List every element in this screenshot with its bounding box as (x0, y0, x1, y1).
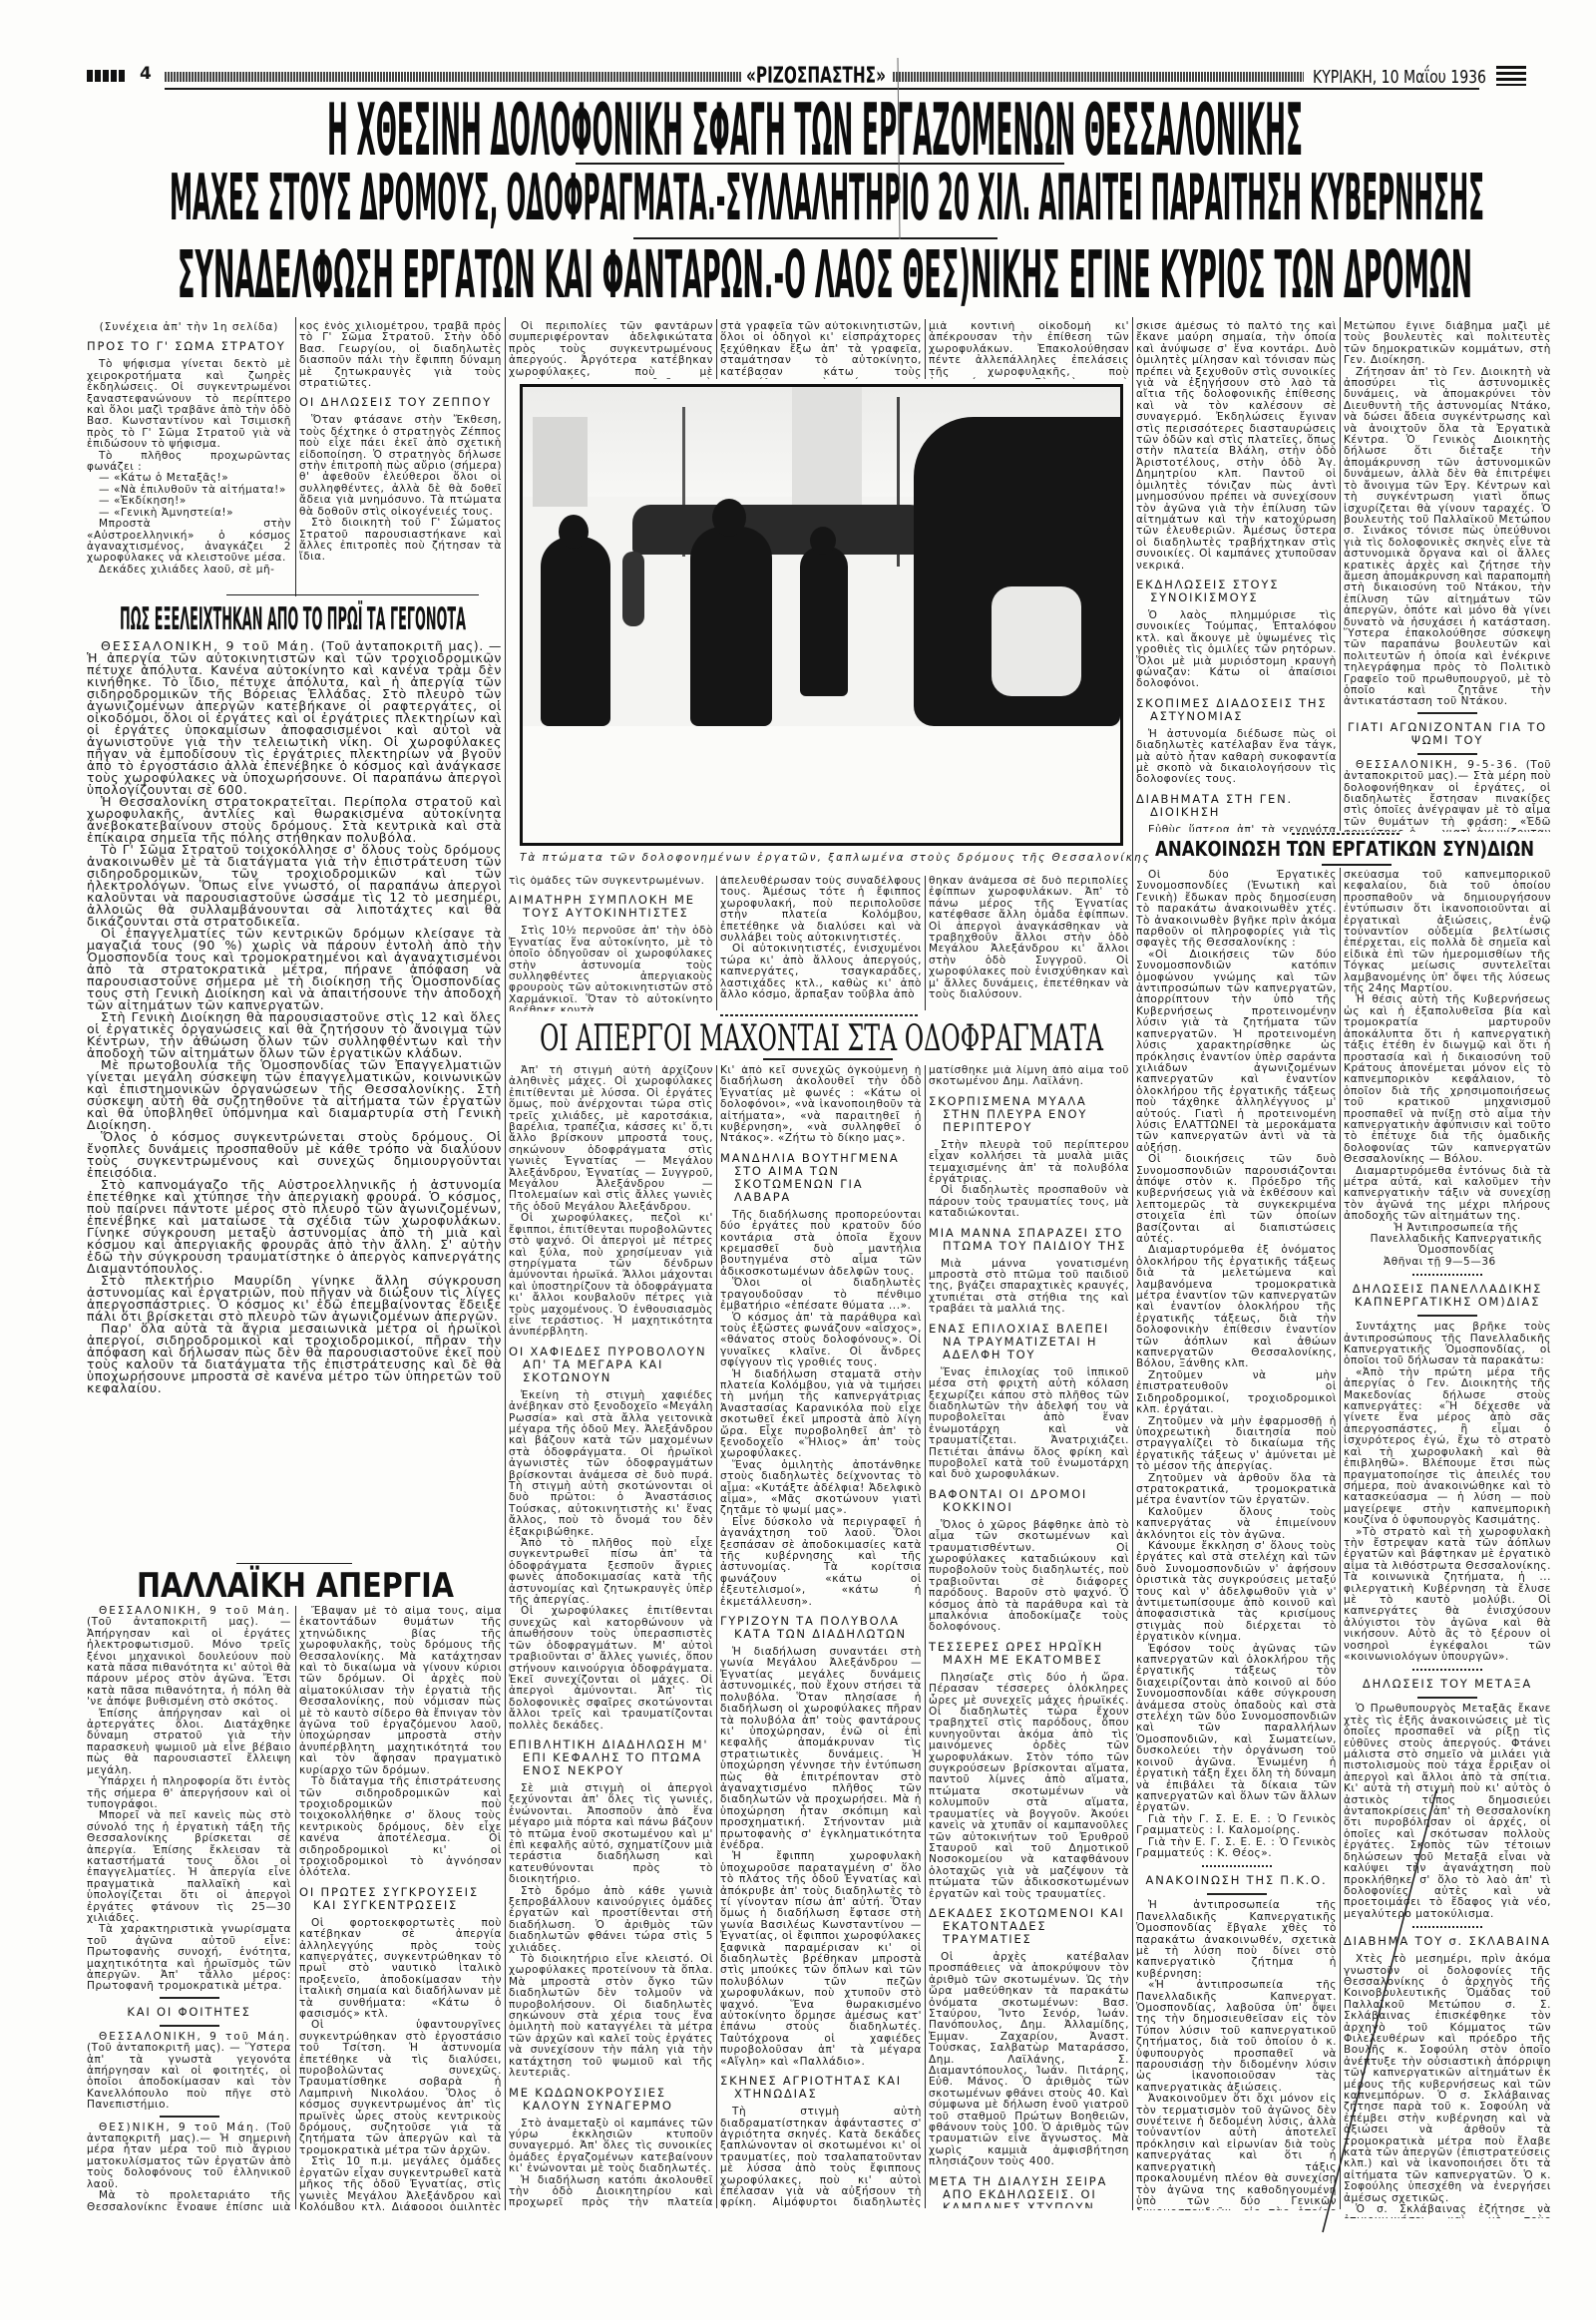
text: Ἡ ἀστυνομία διέδωσε πὼς οἱ διαδηλωτὲς κα… (1136, 728, 1337, 786)
paragraph: Στὶς 10½ περνοῦσε ἀπ' τὴν ὁδὸ Ἐγνατίας ἕ… (509, 926, 713, 1011)
column-6-lower: Οἱ δύο Ἐργατικὲς Συνομοσπονδίες (Ἑνωτικὴ… (1136, 870, 1337, 2210)
text: τὶς ὁμάδες τῶν συγκεντρωμένων. (509, 876, 705, 887)
text: Ὅλος ὁ χῶρος βάφθηκε ἀπὸ τὸ αἷμα τῶν σκο… (929, 1519, 1129, 1634)
newspaper-page: 4 «ΡΙΖΟΣΠΑΣΤΗΣ» ΚΥΡΙΑΚΗ, 10 Μαΐου 1936 Η… (0, 0, 1596, 2320)
paragraph: Ἡ διαδήλωση κατόπι ἀκολουθεῖ τὴν ὁδὸ Διο… (509, 2175, 713, 2208)
paragraph: Ἡ θέσις αὐτὴ τῆς Κυβερνήσεως ὡς καὶ ἡ ἐξ… (1344, 994, 1551, 1165)
text: Ἡ θέσις αὐτὴ τῆς Κυβερνήσεως ὡς καὶ ἡ ἐξ… (1344, 993, 1551, 1165)
column-rule (925, 1065, 926, 2208)
how-events-heading: ΠΩΣ ΕΞΕΛΕΙΧΤΗΚΑΝ ΑΠΟ ΤΟ ΠΡΩΪ ΤΑ ΓΕΓΟΝΟΤΑ (120, 600, 469, 634)
text: Κάνουμε ἔκκληση σ' ὅλους τοὺς ἐργάτες κα… (1136, 1540, 1337, 1643)
column-rule (925, 876, 926, 1010)
headline-3-svg: ΣΥΝΑΔΕΛΦΩΣΗ ΕΡΓΑΤΩΝ ΚΑΙ ΦΑΝΤΑΡΩΝ.-Ο ΛΑΟΣ… (178, 245, 1476, 303)
paragraph: Τῆς διαδήλωσης προπορεύονται δύο ἐργάτες… (720, 1210, 922, 1278)
paragraph: Ὅλος ὁ χῶρος βάφθηκε ἀπὸ τὸ αἷμα τῶν σκο… (929, 1520, 1129, 1634)
paragraph-continued: Κι' ἀπὸ κεῖ συνεχῶς ὀγκούμενη ἡ διαδήλωσ… (720, 1065, 922, 1145)
column-rule (716, 876, 717, 1010)
text: Εἶνε δύσκολο νὰ περιγραφεῖ ἡ ἀγανάχτηση … (720, 1516, 922, 1608)
paragraph: Πλησίαζε στὶς δύο ἡ ὥρα. Πέρασαν τέσσερε… (929, 1673, 1129, 1900)
column-7-lower: σκεύασμα τοῦ καπνεμπορικοῦ κεφαλαίου, δι… (1344, 870, 1551, 2218)
paragraph: ΘΕΣΣΑΛΟΝΙΚΗ, 9 τοῦ Μάη. (Τοῦ ἀνταποκριτῆ… (87, 640, 502, 796)
text: (Τοῦ ἀνταποκριτοῦ μας).— Στὰ μέρη ποὺ δο… (1344, 759, 1551, 832)
subheading: ΕΝΑΣ ΕΠΙΛΟΧΙΑΣ ΒΛΕΠΕΙ ΝΑ ΤΡΑΥΜΑΤΙΖΕΤΑΙ Η… (929, 1323, 1129, 1361)
text: Οἱ χωροφύλακες, πεζοὶ κι' ἔφιπποι, ἐπιτί… (509, 1212, 713, 1338)
paragraph: Ἀπὸ τὸ πλῆθος ποὺ εἶχε συγκεντρωθεῖ πίσω… (509, 1538, 713, 1606)
paragraph-continued: σκισε ἀμέσως τὸ παλτό της καὶ ἔκανε μαύρ… (1136, 321, 1337, 572)
paragraph: Οἱ δύο Ἐργατικὲς Συνομοσπονδίες (Ἑνωτικὴ… (1136, 870, 1337, 950)
paragraph: Τὸ διοικητήριο εἶνε κλειστό. Οἱ χωροφύλα… (509, 1954, 713, 2079)
photo-ground (523, 726, 1120, 843)
text: «Ἀπὸ τὴν πρώτη μέρα τῆς ἀπεργίας ὁ Γεν. … (1344, 1366, 1551, 1526)
text: μιὰ κοντινὴ οἰκοδομὴ κι' ἀπέκρουσαν τὴν … (929, 321, 1129, 379)
subheading: ΟΙ ΧΑΦΙΕΔΕΣ ΠΥΡΟΒΟΛΟΥΝ ΑΠ' ΤΑ ΜΕΓΑΡΑ ΚΑΙ… (509, 1346, 713, 1384)
column-rule (295, 1606, 296, 2209)
subheading: ΣΚΟΠΙΜΕΣ ΔΙΑΔΟΣΕΙΣ ΤΗΣ ΑΣΤΥΝΟΜΙΑΣ (1136, 697, 1337, 723)
text: κος ἑνὸς χιλιομέτρου, τραβᾶ πρὸς τὸ Γ' Σ… (299, 321, 502, 389)
paragraph: Ὁ σ. Σκλάβαινας ἐζήτησε νὰ ἐπικοινωνήσει… (1344, 2204, 1551, 2218)
paragraph: Μὰ τὸ προλεταριάτο τῆς Θεσσαλονίκης ἔγρα… (87, 2190, 291, 2210)
paragraph: Ἐπίσης ἀπήργησαν καὶ οἱ ἀρτεργάτες ὅλοι.… (87, 1709, 291, 1776)
section-top-rule (226, 594, 479, 595)
text: σκισε ἀμέσως τὸ παλτό της καὶ ἔκανε μαύρ… (1136, 321, 1337, 572)
page-number: 4 (140, 64, 152, 84)
text: Οἱ δύο Ἐργατικὲς Συνομοσπονδίες (Ἑνωτικὴ… (1136, 870, 1337, 949)
dotted-rule (1202, 1865, 1272, 1867)
text: Ἀπὸ τὸ πλῆθος ποὺ εἶχε συγκεντρωθεῖ πίσω… (509, 1537, 713, 1606)
paragraph: Παρ' ὅλα αὐτὰ τὰ ἄγρια μεσαιωνικὰ μέτρα … (87, 1323, 502, 1394)
text: σκεύασμα τοῦ καπνεμπορικοῦ κεφαλαίου, δι… (1344, 870, 1551, 994)
subheading: ΟΙ ΔΗΛΩΣΕΙΣ ΤΟΥ ΖΕΠΠΟΥ (299, 396, 502, 409)
unions-announcement-heading: ΑΝΑΚΟΙΝΩΣΗ ΤΩΝ ΕΡΓΑΤΙΚΩΝ ΣΥΝ)ΔΙΩΝ (1155, 837, 1538, 861)
paragraph: Γιὰ τὴν Ε. Γ. Σ. Ε. Ε. : Ὁ Γενικὸς Γραμμ… (1136, 1837, 1337, 1860)
text: θηκαν ἀνάμεσα σὲ δυὸ περιπολίες ἐφίππων … (929, 876, 1129, 1000)
text: Οἱ διαδηλωτὲς προσπαθοῦν νὰ πάρουν τοὺς … (929, 1184, 1129, 1219)
paragraph: Μιὰ μάννα γονατισμένη μπροστὰ στὸ πτῶμα … (929, 1259, 1129, 1316)
column-rule (295, 317, 296, 596)
photo-building (533, 417, 588, 507)
photo-figure-head (810, 527, 836, 555)
text: Στὶς 10 π.μ. μεγάλες ὁμάδες ἐργατῶν εἶχα… (299, 2155, 502, 2210)
paragraph: Διαμαρτυρόμεθα ἐντόνως διὰ τὰ μέτρα αὐτά… (1344, 1166, 1551, 1223)
text: Διαμαρτυρόμεθα ἐξ ὀνόματος ὁλοκλήρου τῆς… (1136, 1244, 1337, 1369)
paragraph: Μὲ πρωτοβουλία τῆς Ὁμοσπονδίας τῶν Ἐπαγγ… (87, 1059, 502, 1131)
subheading: ΣΚΟΡΠΙΣΜΕΝΑ ΜΥΑΛΑ ΣΤΗΝ ΠΛΕΥΡΑ ΕΝΟΥ ΠΕΡΙΠ… (929, 1095, 1129, 1134)
paragraph: «Ἡ ἀντιπροσωπεία τῆς Πανελλαδικῆς Καπνερ… (1136, 1980, 1337, 2094)
text: ΔΙΑΒΗΜΑ ΤΟΥ σ. ΣΚΛΑΒΑΙΝΑ (1344, 1934, 1551, 1948)
paragraph: Στὸ πλεκτήριο Μαυρίδη γίνηκε ἄλλη σύγκρο… (87, 1275, 502, 1323)
heading-underline (1322, 864, 1392, 866)
paragraph: Συντάχτης μας βρῆκε τοὺς ἀντιπροσώπους τ… (1344, 1322, 1551, 1367)
column-1-top: (Συνέχεια ἀπ' τὴν 1η σελίδα)ΠΡΟΣ ΤΟ Γ' Σ… (87, 321, 291, 596)
paragraph: Οἱ φορτοεκφορτωτὲς ποὺ κατέβηκαν σὲ ἀπερ… (299, 1918, 502, 2021)
text: Τὸ ψήφισμα γίνεται δεκτὸ μὲ χειροκροτήμα… (87, 358, 291, 450)
subheading-centered: ΑΝΑΚΟΙΝΩΣΗ ΤΗΣ Π.Κ.Ο. (1136, 1874, 1337, 1887)
text: Στὸ ἀναμεταξὺ οἱ καμπάνες τῶν γύρω ἐκκλη… (509, 2118, 713, 2175)
dateline: ΘΕΣΣΑΛΟΝΙΚΗ, 9 τοῦ Μάη. (99, 1606, 291, 1617)
paragraph: Γιὰ τὴν Γ. Σ. Ε. Ε. : Ὁ Γενικὸς Γραμματε… (1136, 1814, 1337, 1837)
paragraph: Χτὲς τὸ μεσημέρι, πρὶν ἀκόμα γνωστοῦν οἱ… (1344, 1954, 1551, 2204)
paragraph: Κάνουμε ἔκκληση σ' ὅλους τοὺς ἐργάτες κα… (1136, 1541, 1337, 1644)
issue-date-svg: ΚΥΡΙΑΚΗ, 10 Μαΐου 1936 (1313, 64, 1488, 88)
general-strike-heading-svg: ΠΑΛΛΑΪΚΗ ΑΠΕΡΓΙΑ (137, 1568, 456, 1602)
text: ΜΙΑ ΜΑΝΝΑ ΣΠΑΡΑΖΕΙ ΣΤΟ ΠΤΩΜΑ ΤΟΥ ΠΑΙΔΙΟΥ… (929, 1226, 1126, 1253)
paragraph: Ἡ ἔφιππη χωροφυλακὴ ὑποχωροῦσε παραταγμέ… (720, 1851, 922, 2068)
text: Τὴ στιγμὴ αὐτὴ διαδραματίστηκαν ἀφάνταστ… (720, 2106, 922, 2208)
paragraph: Μπροστὰ στὴν «Αὐστροελληνική» ὁ κόσμος ἀ… (87, 519, 291, 565)
headline-1: Η ΧΘΕΣΙΝΗ ΔΟΛΟΦΟΝΙΚΗ ΣΦΑΓΗ ΤΩΝ ΕΡΓΑΖΟΜΕΝ… (327, 100, 1307, 160)
text: Διαμαρτυρόμεθα ἐντόνως διὰ τὰ μέτρα αὐτά… (1344, 1165, 1551, 1223)
text: Στὸ διοικητὴ τοῦ Γ' Σώματος Στρατοῦ παρο… (299, 517, 502, 563)
paragraph: Ἐφόσον τοὺς ἀγῶνας τῶν καπνεργατῶν καὶ ὁ… (1136, 1644, 1337, 1814)
paragraph: Ἀνακοινοῦμεν ὅτι ὄχι μόνον εἰς τὸν τερμα… (1136, 2094, 1337, 2210)
paragraph: Οἱ χωροφύλακες, πεζοὶ κι' ἔφιπποι, ἐπιτί… (509, 1213, 713, 1338)
text: Τὸ Γ' Σῶμα Στρατοῦ τοιχοκόλλησε σ' ὅλους… (87, 842, 502, 929)
paragraph-continued: ματίσθηκε μιὰ λίμνη ἀπὸ αἷμα τοῦ σκοτωμέ… (929, 1065, 1129, 1088)
text: ΔΗΛΩΣΕΙΣ ΠΑΝΕΛΛΑΔΙΚΗΣ ΚΑΠΝΕΡΓΑΤΙΚΗΣ ΟΜ)Δ… (1353, 1282, 1543, 1309)
paragraph: Ἡ διαδήλωση σταματᾶ στὴν πλατεία Κολόμβο… (720, 1369, 922, 1460)
text: — «Νὰ ἐπιλυθοῦν τὰ αἰτήματα!» (99, 484, 286, 496)
subheading: ΔΙΑΒΗΜΑΤΑ ΣΤΗ ΓΕΝ. ΔΙΟΙΚΗΣΗ (1136, 793, 1337, 819)
paragraph-continued: μιὰ κοντινὴ οἰκοδομὴ κι' ἀπέκρουσαν τὴν … (929, 321, 1129, 379)
paragraph: Στὶς 10 π.μ. μεγάλες ὁμάδες ἐργατῶν εἶχα… (299, 2156, 502, 2210)
paragraph: Μπορεῖ νὰ πεῖ κανεὶς πὼς στὸ σύνολό της … (87, 1810, 291, 1924)
subheading-centered: ΓΙΑΤΙ ΑΓΩΝΙΖΟΝΤΑΝ ΓΙΑ ΤΟ ΨΩΜΙ ΤΟΥ (1344, 721, 1551, 747)
paragraph: Ὅλος ὁ κόσμος συγκεντρώνεται στοὺς δρόμο… (87, 1131, 502, 1179)
paragraph: Οἱ διοικήσεις τῶν δυὸ Συνομοσπονδιῶν παρ… (1136, 1154, 1337, 1245)
column-rule (716, 1065, 717, 2208)
text: ΑΙΜΑΤΗΡΗ ΣΥΜΠΛΟΚΗ ΜΕ ΤΟΥΣ ΑΥΤΟΚΙΝΗΤΙΣΤΕΣ (509, 893, 695, 920)
paragraph: Ἡ διαδήλωση συναντάει στὴ γωνία Μεγάλου … (720, 1647, 922, 1851)
text: Οἱ ὑφαντουργῖνες συγκεντρώθηκαν στὸ ἐργο… (299, 2019, 502, 2155)
dotted-rule (1412, 1669, 1482, 1671)
text: — «Ἐκδίκηση!» (99, 495, 187, 507)
paragraph: Στὸ δρόμο ἀπὸ κάθε γωνιὰ ξεπροβάλλουν κα… (509, 1886, 713, 1954)
column-rule (1340, 868, 1341, 2209)
text: Ἡ Ἀντιπροσωπεία τῆς Πανελλαδικῆς Καπνεργ… (1371, 1222, 1543, 1257)
paragraph: Ἐκείνη τὴ στιγμὴ χαφιέδες ἀνέβηκαν στὸ ξ… (509, 1390, 713, 1538)
text: Ὅταν φτάσανε στὴν Ἔκθεση, τοὺς δέχτηκε ὁ… (299, 414, 502, 517)
text: Οἱ χωροφύλακες ἐπιτίθενται συνεχῶς καὶ κ… (509, 1605, 713, 1731)
photo-crowd-band (632, 505, 932, 555)
text: Τῆς διαδήλωσης προπορεύονται δύο ἐργάτες… (720, 1209, 922, 1278)
signature: Ἡ Ἀντιπροσωπεία τῆς Πανελλαδικῆς Καπνεργ… (1362, 1223, 1551, 1257)
text: Ἐπίσης ἀπήργησαν καὶ οἱ ἀρτεργάτες ὅλοι.… (87, 1708, 291, 1776)
text: Ἔβαψαν μὲ τὸ αἷμα τους, αἷμα ἑκατοντάδων… (299, 1606, 502, 1776)
text: Τὸ πλῆθος προχωρῶντας φωνάζει : (87, 450, 291, 473)
text: Ἕνας ὁμιλητὴς ἀποτάνθηκε στοὺς διαδηλωτὲ… (720, 1459, 922, 1517)
paragraph: Ὑπάρχει ἡ πληροφορία ὅτι ἐντὸς τῆς σήμερ… (87, 1776, 291, 1810)
text: (Συνέχεια ἀπ' τὴν 1η σελίδα) (100, 321, 279, 333)
paragraph: Ὁ λαὸς πλημμύρισε τὶς συνοικίες Τούμπας,… (1136, 610, 1337, 690)
unions-announcement-heading-svg: ΑΝΑΚΟΙΝΩΣΗ ΤΩΝ ΕΡΓΑΤΙΚΩΝ ΣΥΝ)ΔΙΩΝ (1155, 837, 1538, 861)
paragraph: Καλοῦμεν ὅλους τοὺς καπνεργάτας νὰ ἐπιμε… (1136, 1507, 1337, 1541)
text: ματίσθηκε μιὰ λίμνη ἀπὸ αἷμα τοῦ σκοτωμέ… (929, 1065, 1129, 1087)
issue-date: ΚΥΡΙΑΚΗ, 10 Μαΐου 1936 (1313, 64, 1488, 88)
text: ΤΕΣΣΕΡΕΣ ΩΡΕΣ ΗΡΩΪΚΗ ΜΑΧΗ ΜΕ ΕΚΑΤΟΜΒΕΣ (929, 1640, 1103, 1667)
text: Ζήτησαν ἀπ' τὸ Γεν. Διοικητὴ νὰ ἀποσύρει… (1344, 366, 1551, 708)
column-7-top: Μετώπου ἔγινε διάβημα μαζὶ μὲ τοὺς βουλε… (1344, 321, 1551, 832)
paragraph: Ζητοῦμεν νὰ ἀρθοῦν ὅλα τὰ στρατοκρατικά,… (1136, 1473, 1337, 1507)
text: Ἡ διαδήλωση κατόπι ἀκολουθεῖ τὴν ὁδὸ Διο… (509, 2174, 713, 2208)
text: Μπορεῖ νὰ πεῖ κανεὶς πὼς στὸ σύνολό της … (87, 1809, 291, 1924)
text: Ὁ λαὸς πλημμύρισε τὶς συνοικίες Τούμπας,… (1136, 609, 1337, 689)
section-top-rule (236, 1563, 352, 1564)
paragraph-continued: στὰ γραφεῖα τῶν αὐτοκινητιστῶν, ὅλοι οἱ … (720, 321, 922, 379)
paragraph: «Οἱ Διοικήσεις τῶν δύο Συνομοσπονδιῶν κα… (1136, 950, 1337, 1154)
column-rule (1340, 317, 1341, 831)
headline-3-text: ΣΥΝΑΔΕΛΦΩΣΗ ΕΡΓΑΤΩΝ ΚΑΙ ΦΑΝΤΑΡΩΝ.-Ο ΛΑΟΣ… (178, 236, 1472, 313)
photo-figure-head (712, 499, 746, 537)
subheading: ΕΠΙΒΛΗΤΙΚΗ ΔΙΑΔΗΛΩΣΗ Μ' ΕΠΙ ΚΕΦΑΛΗΣ ΤΟ Π… (509, 1739, 713, 1777)
dateline: ΘΕΣ)ΝΙΚΗ, 9 τοῦ Μάη. (99, 2122, 260, 2133)
text: Ἡ διαδήλωση σταματᾶ στὴν πλατεία Κολόμβο… (720, 1368, 922, 1460)
subheading: ΒΑΦΟΝΤΑΙ ΟΙ ΔΡΟΜΟΙ ΚΟΚΚΙΝΟΙ (929, 1488, 1129, 1514)
text: Ὅλοι οἱ διαδηλωτὲς τραγουδοῦσαν τὸ πένθι… (720, 1277, 922, 1312)
text: Σὲ μιὰ στιγμὴ οἱ ἀπεργοὶ ξεχύνονται ἀπ' … (509, 1782, 713, 1885)
column-5-below-photo: θηκαν ἀνάμεσα σὲ δυὸ περιπολίες ἐφίππων … (929, 876, 1129, 1011)
column-6-top: σκισε ἀμέσως τὸ παλτό της καὶ ἔκανε μαύρ… (1136, 321, 1337, 832)
signature-date: Ἀθῆναι τῇ 9—5—36 (1344, 1257, 1551, 1268)
paragraph: Τὴ στιγμὴ αὐτὴ διαδραματίστηκαν ἀφάνταστ… (720, 2107, 922, 2208)
text: Ὁ σ. Σκλάβαινας ἐζήτησε νὰ ἐπικοινωνήσει… (1344, 2203, 1551, 2218)
text: Ὁ Πρωθυπουργὸς Μεταξᾶς ἔκανε χτὲς τὶς ἑξ… (1344, 1703, 1551, 1919)
subheading: ΜΕ ΚΩΔΩΝΟΚΡΟΥΣΙΕΣ ΚΑΛΟΥΝ ΣΥΝΑΓΕΡΜΟ (509, 2087, 713, 2113)
dateline: ΘΕΣΣΑΛΟΝΙΚΗ, 9-5-36. (1356, 759, 1519, 771)
text: Στὴν πλευρὰ τοῦ περίπτερου εἶχαν κολλήσε… (929, 1139, 1129, 1185)
text: Μπροστὰ στὴν «Αὐστροελληνική» ὁ κόσμος ἀ… (87, 518, 291, 564)
photo-figure (622, 552, 644, 626)
column-5-lower: ματίσθηκε μιὰ λίμνη ἀπὸ αἷμα τοῦ σκοτωμέ… (929, 1065, 1129, 2208)
paragraph: ΘΕΣΣΑΛΟΝΙΚΗ, 9 τοῦ Μάη. (Τοῦ ἀνταποκριτῆ… (87, 1606, 291, 1709)
short-rule (1417, 753, 1477, 755)
unions-announcement-heading-text: ΑΝΑΚΟΙΝΩΣΗ ΤΩΝ ΕΡΓΑΤΙΚΩΝ ΣΥΝ)ΔΙΩΝ (1155, 837, 1534, 861)
dotted-rule (1412, 1926, 1482, 1928)
column-4-above-photo: στὰ γραφεῖα τῶν αὐτοκινητιστῶν, ὅλοι οἱ … (720, 321, 922, 379)
text: Τὸ διάταγμα τῆς ἐπιστράτευσης τῶν σιδηρο… (299, 1775, 502, 1878)
dotted-section-rule (720, 1014, 920, 1016)
subheading: ΤΕΣΣΕΡΕΣ ΩΡΕΣ ΗΡΩΪΚΗ ΜΑΧΗ ΜΕ ΕΚΑΤΟΜΒΕΣ (929, 1641, 1129, 1667)
text: Συντάχτης μας βρῆκε τοὺς ἀντιπροσώπους τ… (1344, 1321, 1551, 1366)
text: ΟΙ ΔΗΛΩΣΕΙΣ ΤΟΥ ΖΕΠΠΟΥ (299, 395, 492, 409)
headline-2: ΜΑΧΕΣ ΣΤΟΥΣ ΔΡΟΜΟΥΣ, ΟΔΟΦΡΑΓΜΑΤΑ.-ΣΥΛΛΑΛ… (170, 170, 1488, 225)
text: ΔΙΑΒΗΜΑΤΑ ΣΤΗ ΓΕΝ. ΔΙΟΙΚΗΣΗ (1136, 792, 1293, 819)
column-5-above-photo: μιὰ κοντινὴ οἰκοδομὴ κι' ἀπέκρουσαν τὴν … (929, 321, 1129, 379)
text: (Τοῦ ἀνταποκριτῆ μας). — Ἀπήργησαν καὶ ο… (87, 1616, 291, 1708)
paragraph: Οἱ ὑφαντουργῖνες συγκεντρώθηκαν στὸ ἐργο… (299, 2020, 502, 2156)
paragraph-continued: τὶς ὁμάδες τῶν συγκεντρωμένων. (509, 876, 713, 887)
text: ΣΚΟΠΙΜΕΣ ΔΙΑΔΟΣΕΙΣ ΤΗΣ ΑΣΤΥΝΟΜΙΑΣ (1136, 696, 1327, 723)
dotted-rule (1412, 1274, 1482, 1276)
text: Ἡ ἔφιππη χωροφυλακὴ ὑποχωροῦσε παραταγμέ… (720, 1850, 922, 2067)
column-4-below-photo: ἀπελευθέρωσαν τοὺς συναδέλφους τους. Ἀμέ… (720, 876, 922, 1011)
column-2-bottom: Ἔβαψαν μὲ τὸ αἷμα τους, αἷμα ἑκατοντάδων… (299, 1606, 502, 2210)
text: Ἐκείνη τὴ στιγμὴ χαφιέδες ἀνέβηκαν στὸ ξ… (509, 1389, 713, 1538)
text: Ἐφόσον τοὺς ἀγῶνας τῶν καπνεργατῶν καὶ ὁ… (1136, 1643, 1337, 1814)
subheading: ΓΥΡΙΖΟΥΝ ΤΑ ΠΟΛΥΒΟΛΑ ΚΑΤΑ ΤΩΝ ΔΙΑΔΗΛΩΤΩΝ (720, 1615, 922, 1641)
subheading: ΜΕΤΑ ΤΗ ΔΙΑΛΥΣΗ ΣΕΙΡΑ ΑΠΟ ΕΚΔΗΛΩΣΕΙΣ. ΟΙ… (929, 2175, 1129, 2208)
text: Ἀπ' τὴ στιγμὴ αὐτὴ ἀρχίζουν ἀληθινὲς μάχ… (509, 1065, 713, 1213)
text: Ὁ κόσμος ἀπ' τὰ παράθυρα καὶ τοὺς ἐξῶστε… (720, 1312, 922, 1369)
short-rule (1417, 712, 1477, 714)
paragraph: Ὅλοι οἱ διαδηλωτὲς τραγουδοῦσαν τὸ πένθι… (720, 1278, 922, 1312)
subheading: ΜΑΝΔΗΛΙΑ ΒΟΥΤΗΓΜΕΝΑ ΣΤΟ ΑΙΜΑ ΤΩΝ ΣΚΟΤΩΜΕ… (720, 1152, 922, 1204)
short-rule (1417, 1315, 1477, 1317)
news-photo-bodies-in-street (520, 384, 1123, 846)
text: Χτὲς τὸ μεσημέρι, πρὶν ἀκόμα γνωστοῦν οἱ… (1344, 1953, 1551, 2204)
column-3-below-photo: τὶς ὁμάδες τῶν συγκεντρωμένων.ΑΙΜΑΤΗΡΗ Σ… (509, 876, 713, 1011)
text: ΣΚΟΡΠΙΣΜΕΝΑ ΜΥΑΛΑ ΣΤΗΝ ΠΛΕΥΡΑ ΕΝΟΥ ΠΕΡΙΠ… (929, 1094, 1087, 1134)
header-dotted-rule (165, 72, 741, 82)
text: Στὴ Γενικὴ Διοίκηση θὰ παρουσιαστοῦνε στ… (87, 1009, 502, 1060)
photo-caption: Τὰ πτώματα τῶν δολοφονημένων ἐργατῶν, ξα… (520, 852, 1123, 864)
column-3-above-photo: Οἱ περιπολίες τῶν φαντάρων συμπεριφέροντ… (509, 321, 713, 379)
paragraph: Ἡ Θεσσαλονίκη στρατοκρατεῖται. Περίπολα … (87, 796, 502, 844)
general-strike-heading-text: ΠΑΛΛΑΪΚΗ ΑΠΕΡΓΙΑ (137, 1565, 455, 1606)
paragraph: Στὸ καπνομάγαζο τῆς Αὐστροελληνικῆς ἡ ἀσ… (87, 1179, 502, 1275)
text: — «Κάτω ὁ Μεταξᾶς!» (99, 472, 228, 484)
paragraph: Τὸ πλῆθος προχωρῶντας φωνάζει : (87, 451, 291, 474)
paragraph: »Τὸ στρατὸ καὶ τὴ χωροφυλακὴ τὴν ἔστρεψα… (1344, 1527, 1551, 1664)
text: ΠΡΟΣ ΤΟ Γ' ΣΩΜΑ ΣΤΡΑΤΟΥ (87, 339, 286, 353)
subheading: ΜΙΑ ΜΑΝΝΑ ΣΠΑΡΑΖΕΙ ΣΤΟ ΠΤΩΜΑ ΤΟΥ ΠΑΙΔΙΟΥ… (929, 1227, 1129, 1253)
text: Πλησίαζε στὶς δύο ἡ ὥρα. Πέρασαν τέσσερε… (929, 1672, 1129, 1900)
subheading-centered: ΔΗΛΩΣΕΙΣ ΤΟΥ ΜΕΤΑΞΑ (1344, 1678, 1551, 1691)
text: Μὲ πρωτοβουλία τῆς Ὁμοσπονδίας τῶν Ἐπαγγ… (87, 1057, 502, 1132)
subheading: ΕΚΔΗΛΩΣΕΙΣ ΣΤΟΥΣ ΣΥΝΟΙΚΙΣΜΟΥΣ (1136, 579, 1337, 604)
paragraph: ΘΕΣΣΑΛΟΝΙΚΗ, 9 τοῦ Μάη. (Τοῦ ἀνταποκριτῆ… (87, 2032, 291, 2112)
text: «Οἱ Διοικήσεις τῶν δύο Συνομοσπονδιῶν κα… (1136, 949, 1337, 1154)
dotted-section-rule (1292, 833, 1401, 835)
subheading-centered: ΚΑΙ ΟΙ ΦΟΙΤΗΤΕΣ (87, 2006, 291, 2019)
paragraph: Ἡ ἀστυνομία διέδωσε πὼς οἱ διαδηλωτὲς κα… (1136, 729, 1337, 786)
text: Ἀνακοινοῦμεν ὅτι ὄχι μόνον εἰς τὸν τερμα… (1136, 2093, 1337, 2210)
paragraph: Οἱ αὐτοκινητιστές, ἐνισχυμένοι τώρα κι' … (720, 944, 922, 1000)
paragraph: Εἶνε δύσκολο νὰ περιγραφεῖ ἡ ἀγανάχτηση … (720, 1517, 922, 1608)
text: Ἀθῆναι τῇ 9—5—36 (1384, 1256, 1496, 1268)
text: — «Γενικὴ Ἀμνηστεία!» (99, 507, 233, 519)
how-events-heading-svg: ΠΩΣ ΕΞΕΛΕΙΧΤΗΚΑΝ ΑΠΟ ΤΟ ΠΡΩΪ ΤΑ ΓΕΓΟΝΟΤΑ (120, 600, 469, 634)
dateline: ΘΕΣΣΑΛΟΝΙΚΗ, 9 τοῦ Μάη. (99, 2031, 291, 2043)
text: Ζητοῦμεν νὰ μὴν ἐπιστρατευθοῦν οἱ Σιδηρο… (1136, 1369, 1337, 1415)
text: »Τὸ στρατὸ καὶ τὴ χωροφυλακὴ τὴν ἔστρεψα… (1344, 1526, 1551, 1663)
paragraph: Σὲ μιὰ στιγμὴ οἱ ἀπεργοὶ ξεχύνονται ἀπ' … (509, 1783, 713, 1886)
paragraph: Τὸ διάταγμα τῆς ἐπιστράτευσης τῶν σιδηρο… (299, 1776, 502, 1879)
photo-building (792, 387, 862, 507)
text: Οἱ περιπολίες τῶν φαντάρων συμπεριφέροντ… (509, 321, 713, 379)
paragraph: Ὁ Πρωθυπουργὸς Μεταξᾶς ἔκανε χτὲς τὶς ἑξ… (1344, 1704, 1551, 1920)
text: Μιὰ μάννα γονατισμένη μπροστὰ στὸ πτῶμα … (929, 1258, 1129, 1316)
paragraph: Στὴ Γενικὴ Διοίκηση θὰ παρουσιαστοῦνε στ… (87, 1011, 502, 1059)
strikers-fight-heading: ΟΙ ΑΠΕΡΓΟΙ ΜΑΧΟΝΤΑΙ ΣΤΑ ΟΔΟΦΡΑΓΜΑΤΑ (540, 1019, 1106, 1055)
headline-1-svg: Η ΧΘΕΣΙΝΗ ΔΟΛΟΦΟΝΙΚΗ ΣΦΑΓΗ ΤΩΝ ΕΡΓΑΖΟΜΕΝ… (327, 100, 1307, 160)
text: ΒΑΦΟΝΤΑΙ ΟΙ ΔΡΟΜΟΙ ΚΟΚΚΙΝΟΙ (929, 1487, 1087, 1514)
text: Ὅλος ὁ κόσμος συγκεντρώνεται στοὺς δρόμο… (87, 1129, 502, 1180)
heading-underline (763, 1058, 893, 1060)
paragraph: Οἱ χωροφύλακες ἐπιτίθενται συνεχῶς καὶ κ… (509, 1606, 713, 1731)
paragraph: Οἱ ἐπαγγελματίες τῶν κεντρικῶν δρόμων κλ… (87, 928, 502, 1011)
how-events-article: ΘΕΣΣΑΛΟΝΙΚΗ, 9 τοῦ Μάη. (Τοῦ ἀνταποκριτῆ… (87, 640, 502, 1550)
text: ΓΙΑΤΙ ΑΓΩΝΙΖΟΝΤΑΝ ΓΙΑ ΤΟ ΨΩΜΙ ΤΟΥ (1348, 720, 1547, 747)
text: Στὸ δρόμο ἀπὸ κάθε γωνιὰ ξεπροβάλλουν κα… (509, 1885, 713, 1954)
short-rule (160, 2116, 219, 2118)
text: «Ἡ ἀντιπροσωπεία τῆς Πανελλαδικῆς Καπνερ… (1136, 1979, 1337, 2094)
issue-date-text: ΚΥΡΙΑΚΗ, 10 Μαΐου 1936 (1313, 65, 1486, 88)
text: Τὰ χαρακτηριστικὰ γνωρίσματα τοῦ ἀγῶνα α… (87, 1923, 291, 1992)
paragraph: Οἱ περιπολίες τῶν φαντάρων συμπεριφέροντ… (509, 321, 713, 379)
text: Καλοῦμεν ὅλους τοὺς καπνεργάτας νὰ ἐπιμε… (1136, 1506, 1337, 1541)
paragraph: Οἱ ἀρχὲς κατέβαλαν προσπάθειες νὰ ἀποκρύ… (929, 1952, 1129, 2168)
paragraph: Ὅταν φτάσανε στὴν Ἔκθεση, τοὺς δέχτηκε ὁ… (299, 415, 502, 518)
column-rule (925, 319, 926, 379)
paragraph-continued: Μετώπου ἔγινε διάβημα μαζὶ μὲ τοὺς βουλε… (1344, 321, 1551, 367)
photo-figure (690, 527, 772, 726)
text: Οἱ αὐτοκινητιστές, ἐνισχυμένοι τώρα κι' … (720, 943, 922, 1000)
header-left-mark (87, 70, 127, 82)
text: ΔΕΚΑΔΕΣ ΣΚΟΤΩΜΕΝΟΙ ΚΑΙ ΕΚΑΤΟΝΤΑΔΕΣ ΤΡΑΥΜ… (929, 1906, 1125, 1946)
paragraph: Στὸ ἀναμεταξὺ οἱ καμπάνες τῶν γύρω ἐκκλη… (509, 2119, 713, 2175)
headline-1-text: Η ΧΘΕΣΙΝΗ ΔΟΛΟΦΟΝΙΚΗ ΣΦΑΓΗ ΤΩΝ ΕΡΓΑΖΟΜΕΝ… (327, 88, 1303, 172)
continuation-note: (Συνέχεια ἀπ' τὴν 1η σελίδα) (87, 322, 291, 333)
paragraph: Ὁ κόσμος ἀπ' τὰ παράθυρα καὶ τοὺς ἐξῶστε… (720, 1313, 922, 1369)
text: ΚΑΙ ΟΙ ΦΟΙΤΗΤΕΣ (127, 2005, 250, 2019)
paragraph: Στὸ διοικητὴ τοῦ Γ' Σώματος Στρατοῦ παρο… (299, 518, 502, 564)
text: στὰ γραφεῖα τῶν αὐτοκινητιστῶν, ὅλοι οἱ … (720, 321, 922, 379)
text: Μὰ τὸ προλεταριάτο τῆς Θεσσαλονίκης ἔγρα… (87, 2189, 291, 2210)
text: Ἡ διαδήλωση συναντάει στὴ γωνία Μεγάλου … (720, 1646, 922, 1851)
paragraph: Ἕνας ὁμιλητὴς ἀποτάνθηκε στοὺς διαδηλωτὲ… (720, 1460, 922, 1517)
paragraph: Ζητοῦμεν νὰ μὴν ἐπιστρατευθοῦν οἱ Σιδηρο… (1136, 1370, 1337, 1416)
paragraph: «Ἀπὸ τὴν πρώτη μέρα τῆς ἀπεργίας ὁ Γεν. … (1344, 1367, 1551, 1527)
paragraph: Τὰ χαρακτηριστικὰ γνωρίσματα τοῦ ἀγῶνα α… (87, 1924, 291, 1992)
paragraph-continued: θηκαν ἀνάμεσα σὲ δυὸ περιπολίες ἐφίππων … (929, 876, 1129, 1000)
subheading: ΔΙΑΒΗΜΑ ΤΟΥ σ. ΣΚΛΑΒΑΙΝΑ (1344, 1935, 1551, 1948)
text: Εὐθὺς ὕστερα ἀπ' τὰ γεγονότα μὲ τὴν πρωτ… (1136, 824, 1337, 832)
text: ΕΝΑΣ ΕΠΙΛΟΧΙΑΣ ΒΛΕΠΕΙ ΝΑ ΤΡΑΥΜΑΤΙΖΕΤΑΙ Η… (929, 1322, 1109, 1361)
text: Δεκάδες χιλιάδες λαοῦ, σὲ μῆ- (99, 564, 275, 576)
text: Ἡ Θεσσαλονίκη στρατοκρατεῖται. Περίπολα … (87, 794, 502, 845)
short-rule (1207, 1893, 1267, 1895)
subheading-centered: ΔΗΛΩΣΕΙΣ ΠΑΝΕΛΛΑΔΙΚΗΣ ΚΑΠΝΕΡΓΑΤΙΚΗΣ ΟΜ)Δ… (1344, 1283, 1551, 1309)
column-rule (1132, 317, 1133, 2210)
short-rule (1417, 1697, 1477, 1699)
column-rule (716, 319, 717, 379)
paragraph-continued: κος ἑνὸς χιλιομέτρου, τραβᾶ πρὸς τὸ Γ' Σ… (299, 321, 502, 389)
paragraph: ΘΕΣ)ΝΙΚΗ, 9 τοῦ Μάη. (Τοῦ ἀνταποκριτῆ μα… (87, 2123, 291, 2190)
header-dotted-rule (893, 72, 1304, 82)
subheading: ΠΡΟΣ ΤΟ Γ' ΣΩΜΑ ΣΤΡΑΤΟΥ (87, 340, 291, 353)
text: Ζητοῦμεν νὰ μὴν ἐφαρμοσθῇ ἡ ὑποχρεωτικὴ … (1136, 1415, 1337, 1473)
newspaper-title-svg: «ΡΙΖΟΣΠΑΣΤΗΣ» (746, 62, 888, 88)
strikers-fight-heading-text: ΟΙ ΑΠΕΡΓΟΙ ΜΑΧΟΝΤΑΙ ΣΤΑ ΟΔΟΦΡΑΓΜΑΤΑ (540, 1018, 1104, 1059)
newspaper-title: «ΡΙΖΟΣΠΑΣΤΗΣ» (746, 62, 888, 88)
text: ΣΚΗΝΕΣ ΑΓΡΙΟΤΗΤΑΣ ΚΑΙ ΧΤΗΝΩΔΙΑΣ (720, 2074, 902, 2101)
column-rule (505, 317, 506, 2210)
photo-figure-head (559, 515, 589, 549)
text: Στὸ καπνομάγαζο τῆς Αὐστροελληνικῆς ἡ ἀσ… (87, 1177, 502, 1276)
photo-figure (800, 547, 848, 696)
text: ΟΙ ΠΡΩΤΕΣ ΣΥΓΚΡΟΥΣΕΙΣ ΚΑΙ ΣΥΓΚΕΝΤΡΩΣΕΙΣ (299, 1885, 479, 1912)
paragraph: Ζητοῦμεν νὰ μὴν ἐφαρμοσθῇ ἡ ὑποχρεωτικὴ … (1136, 1416, 1337, 1473)
paragraph: Ἕνας ἐπιλοχίας τοῦ ἱππικοῦ μέσα στὴ φριχ… (929, 1367, 1129, 1481)
text: Στὶς 10½ περνοῦσε ἀπ' τὴν ὁδὸ Ἐγνατίας ἕ… (509, 925, 713, 1011)
paragraph: Τὸ Γ' Σῶμα Στρατοῦ τοιχοκόλλησε σ' ὅλους… (87, 844, 502, 928)
headline-3: ΣΥΝΑΔΕΛΦΩΣΗ ΕΡΓΑΤΩΝ ΚΑΙ ΦΑΝΤΑΡΩΝ.-Ο ΛΑΟΣ… (178, 245, 1476, 303)
text: Ζητοῦμεν νὰ ἀρθοῦν ὅλα τὰ στρατοκρατικά,… (1136, 1472, 1337, 1507)
text: (Τοῦ ἀνταποκριτῆ μας). — Ἡ ἀπεργία τῶν α… (87, 640, 502, 797)
text: Στὸ πλεκτήριο Μαυρίδη γίνηκε ἄλλη σύγκρο… (87, 1273, 502, 1324)
paragraph: Δεκάδες χιλιάδες λαοῦ, σὲ μῆ- (87, 565, 291, 576)
text: ΔΗΛΩΣΕΙΣ ΤΟΥ ΜΕΤΑΞΑ (1363, 1677, 1532, 1691)
